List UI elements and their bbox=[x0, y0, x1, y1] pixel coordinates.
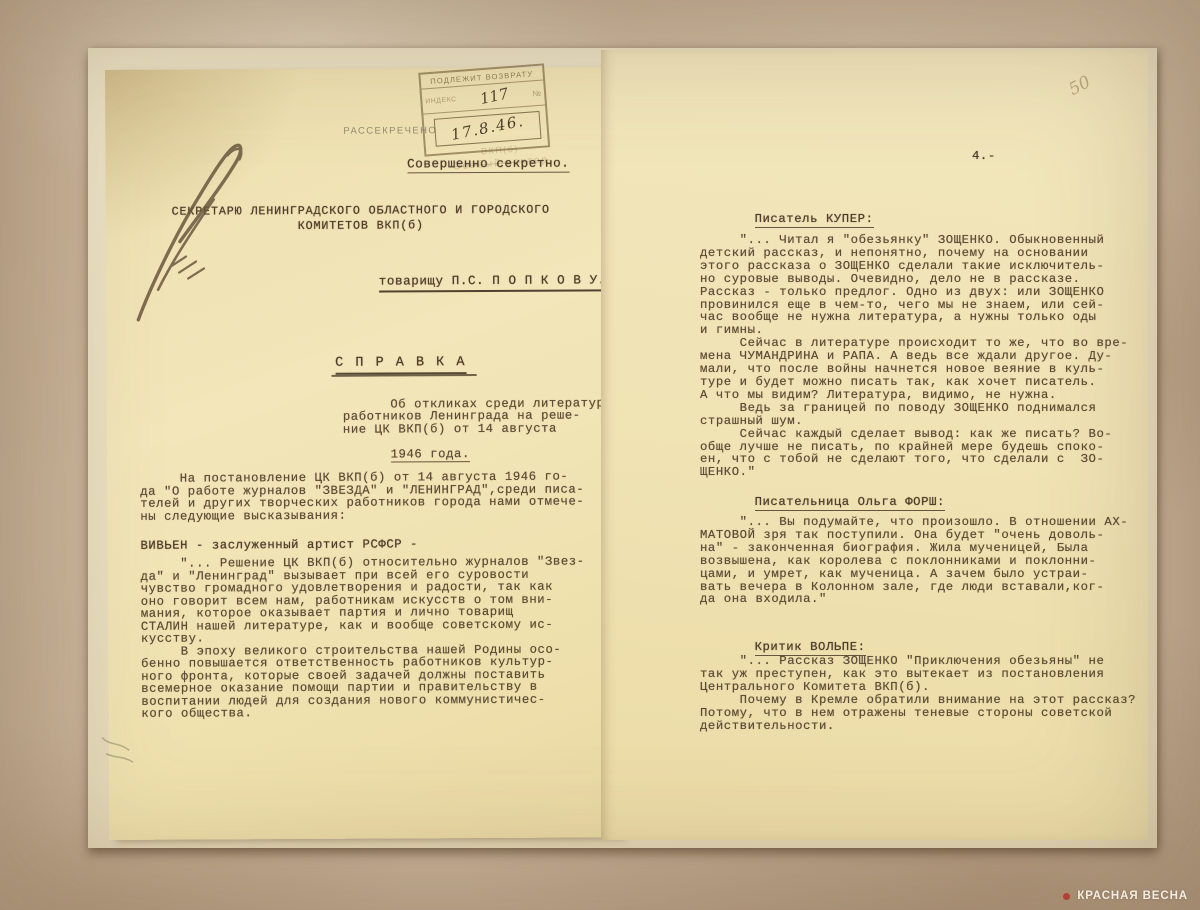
forsh-quote: "... Вы подумайте, что произошло. В отно… bbox=[700, 516, 1128, 606]
addressee-name: товарищу П.С. П О П К О В У. bbox=[330, 261, 606, 305]
return-stamp-date-box: 17.8.46. bbox=[434, 111, 542, 147]
secrecy-label: Совершенно секретно. bbox=[358, 145, 569, 187]
agency-watermark: КРАСНАЯ ВЕСНА bbox=[1063, 890, 1188, 902]
addressee-name-text: товарищу П.С. П О П К О В У. bbox=[379, 274, 606, 292]
volpe-quote: "... Рассказ ЗОЩЕНКО "Приключения обезья… bbox=[700, 655, 1136, 732]
subject-block: Об откликах среди литературных работнико… bbox=[343, 384, 629, 475]
right-page: 50 4.- Писатель КУПЕР: "... Читал я "обе… bbox=[601, 50, 1148, 840]
pencil-mark bbox=[98, 730, 143, 770]
watermark-text: КРАСНАЯ ВЕСНА bbox=[1077, 890, 1188, 902]
watermark-dot-icon bbox=[1063, 893, 1070, 900]
document-title: С П Р А В К А bbox=[274, 344, 466, 388]
section-forsh-heading-text: Писательница Ольга ФОРШ: bbox=[755, 496, 945, 511]
handwritten-date: 17.8.46. bbox=[449, 112, 525, 144]
handwritten-page-mark: 50 bbox=[1066, 72, 1094, 100]
document-title-text: С П Р А В К А bbox=[335, 357, 466, 375]
vivien-quote: "... Решение ЦК ВКП(б) относительно журн… bbox=[141, 555, 586, 720]
section-kuper-heading-text: Писатель КУПЕР: bbox=[755, 213, 874, 228]
secrecy-label-text: Совершенно секретно. bbox=[407, 157, 569, 173]
handwritten-signature bbox=[127, 137, 258, 328]
document-photo: ПОДЛЕЖИТ ВОЗВРАТУ ИНДЕКС 117 № 17.8.46. … bbox=[0, 0, 1200, 910]
page-number: 4.- bbox=[972, 150, 996, 163]
subject-date-text: 1946 года. bbox=[391, 448, 470, 463]
return-stamp-index-label: ИНДЕКС bbox=[425, 96, 457, 105]
kuper-quote: "... Читал я "обезьянку" ЗОЩЕНКО. Обыкно… bbox=[700, 234, 1128, 479]
subject-text: Об откликах среди литературных работнико… bbox=[343, 396, 628, 436]
intro-paragraph: На постановление ЦК ВКП(б) от 14 августа… bbox=[140, 470, 584, 522]
return-stamp: ПОДЛЕЖИТ ВОЗВРАТУ ИНДЕКС 117 № 17.8.46. bbox=[418, 63, 550, 156]
speaker-vivien-line: ВИВЬЕН - заслуженный артист РСФСР - bbox=[140, 538, 418, 552]
left-page: ПОДЛЕЖИТ ВОЗВРАТУ ИНДЕКС 117 № 17.8.46. … bbox=[105, 67, 622, 840]
return-stamp-number-sign: № bbox=[532, 88, 541, 98]
